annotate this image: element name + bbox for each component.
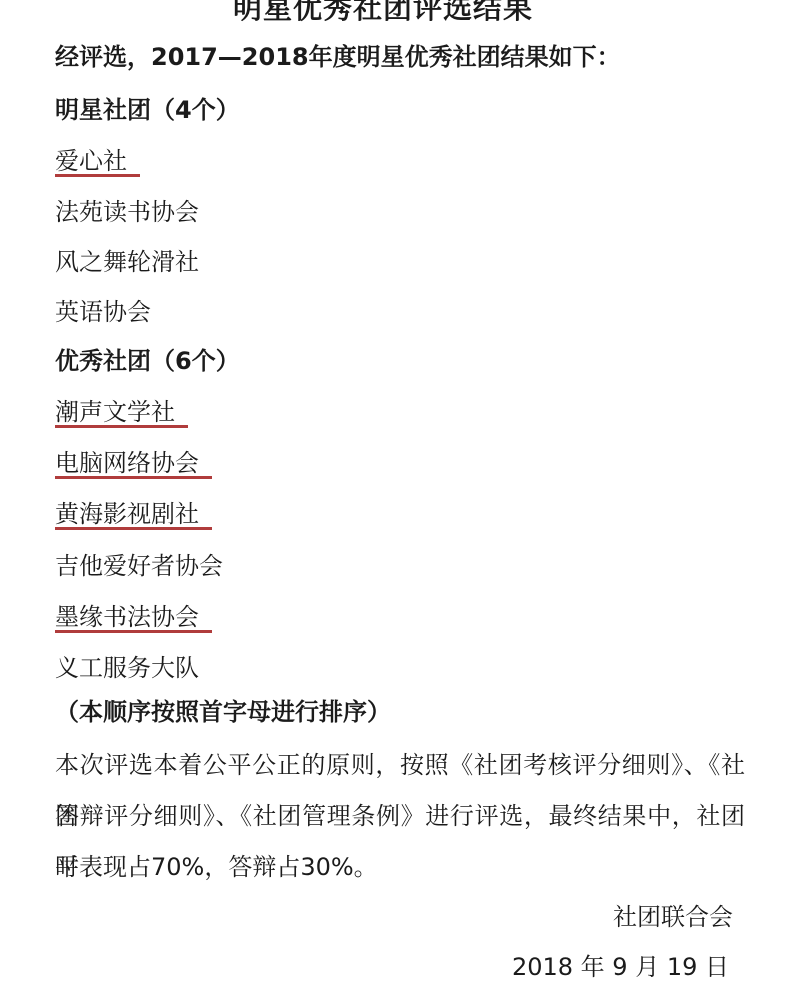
club-item: 电脑网络协会	[55, 451, 212, 479]
club-item: 吉他爱好者协会	[55, 554, 223, 578]
club-item: 潮声文学社	[55, 400, 188, 428]
document-title: 明星优秀社团评选结果	[0, 0, 766, 27]
club-item: 英语协会	[55, 300, 151, 324]
paragraph-line: 时表现占70%，答辩占30%。	[55, 842, 745, 893]
document-page: 明星优秀社团评选结果 经评选，2017—2018年度明星优秀社团结果如下： 明星…	[0, 0, 800, 996]
section-heading-star: 明星社团（4个）	[55, 98, 240, 122]
club-item: 法苑读书协会	[55, 200, 199, 224]
date: 2018 年 9 月 19 日	[55, 955, 745, 979]
club-name-underlined: 墨缘书法协会	[55, 605, 212, 633]
club-name-underlined: 黄海影视剧社	[55, 502, 212, 530]
club-name-underlined: 爱心社	[55, 149, 140, 177]
club-item: 风之舞轮滑社	[55, 250, 199, 274]
club-item: 义工服务大队	[55, 656, 199, 680]
paragraph-line: 答辩评分细则》、《社团管理条例》进行评选，最终结果中，社团平	[55, 791, 745, 842]
intro-line: 经评选，2017—2018年度明星优秀社团结果如下：	[55, 45, 621, 69]
signature: 社团联合会	[55, 905, 745, 929]
sort-note: （本顺序按照首字母进行排序）	[55, 700, 391, 724]
selection-rules-paragraph: 本次评选本着公平公正的原则，按照《社团考核评分细则》、《社团 答辩评分细则》、《…	[55, 740, 745, 893]
club-name-underlined: 潮声文学社	[55, 400, 188, 428]
club-item: 墨缘书法协会	[55, 605, 212, 633]
section-heading-excellent: 优秀社团（6个）	[55, 349, 240, 373]
club-name-underlined: 电脑网络协会	[55, 451, 212, 479]
club-item: 黄海影视剧社	[55, 502, 212, 530]
paragraph-line: 本次评选本着公平公正的原则，按照《社团考核评分细则》、《社团	[55, 740, 745, 791]
club-item: 爱心社	[55, 149, 140, 177]
